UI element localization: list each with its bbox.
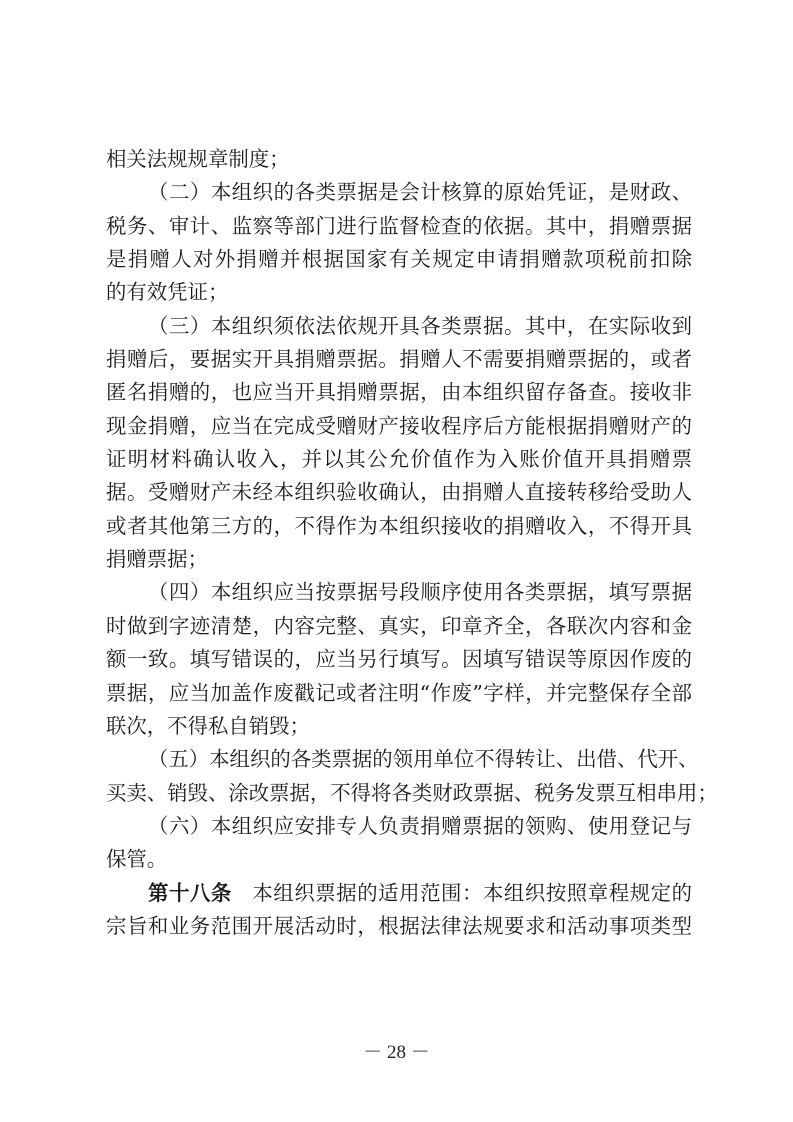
text-line: 额一致。填写错误的，应当另行填写。因填写错误等原因作废的 (106, 643, 692, 676)
text-line: 证明材料确认收入，并以其公允价值作为入账价值开具捐赠票 (106, 443, 692, 476)
article-number: 第十八条 (148, 881, 232, 905)
article-18-line: 第十八条本组织票据的适用范围：本组织按照章程规定的 (106, 877, 692, 910)
text-line: 保管。 (106, 843, 692, 876)
text-line: 是捐赠人对外捐赠并根据国家有关规定申请捐赠款项税前扣除 (106, 243, 692, 276)
clause-4-line: （四）本组织应当按票据号段顺序使用各类票据，填写票据 (106, 576, 692, 609)
page-number: － 28 － (0, 1037, 793, 1064)
clause-2-line: （二）本组织的各类票据是会计核算的原始凭证，是财政、 (106, 176, 692, 209)
document-page: 相关法规规章制度； （二）本组织的各类票据是会计核算的原始凭证，是财政、 税务、… (0, 0, 793, 1122)
text-line: 时做到字迹清楚，内容完整、真实，印章齐全，各联次内容和金 (106, 610, 692, 643)
text-line: 或者其他第三方的，不得作为本组织接收的捐赠收入，不得开具 (106, 510, 692, 543)
article-text: 本组织票据的适用范围：本组织按照章程规定的 (252, 881, 692, 905)
text-line: 联次，不得私自销毁； (106, 710, 692, 743)
clause-5-line: （五）本组织的各类票据的领用单位不得转让、出借、代开、 (106, 743, 692, 776)
text-line: 捐赠票据； (106, 543, 692, 576)
text-line: 相关法规规章制度； (106, 143, 692, 176)
text-line: 宗旨和业务范围开展活动时，根据法律法规要求和活动事项类型 (106, 910, 692, 943)
text-line: 现金捐赠，应当在完成受赠财产接收程序后方能根据捐赠财产的 (106, 410, 692, 443)
text-line: 票据，应当加盖作废戳记或者注明“作废”字样，并完整保存全部 (106, 677, 692, 710)
clause-6-line: （六）本组织应安排专人负责捐赠票据的领购、使用登记与 (106, 810, 692, 843)
text-line: 的有效凭证； (106, 276, 692, 309)
text-line: 买卖、销毁、涂改票据，不得将各类财政票据、税务发票互相串用； (106, 777, 692, 810)
text-line: 税务、审计、监察等部门进行监督检查的依据。其中，捐赠票据 (106, 210, 692, 243)
text-line: 据。受赠财产未经本组织验收确认，由捐赠人直接转移给受助人 (106, 476, 692, 509)
clause-3-line: （三）本组织须依法依规开具各类票据。其中，在实际收到 (106, 310, 692, 343)
text-line: 匿名捐赠的，也应当开具捐赠票据，由本组织留存备查。接收非 (106, 376, 692, 409)
body-text: 相关法规规章制度； （二）本组织的各类票据是会计核算的原始凭证，是财政、 税务、… (106, 143, 692, 943)
text-line: 捐赠后，要据实开具捐赠票据。捐赠人不需要捐赠票据的，或者 (106, 343, 692, 376)
